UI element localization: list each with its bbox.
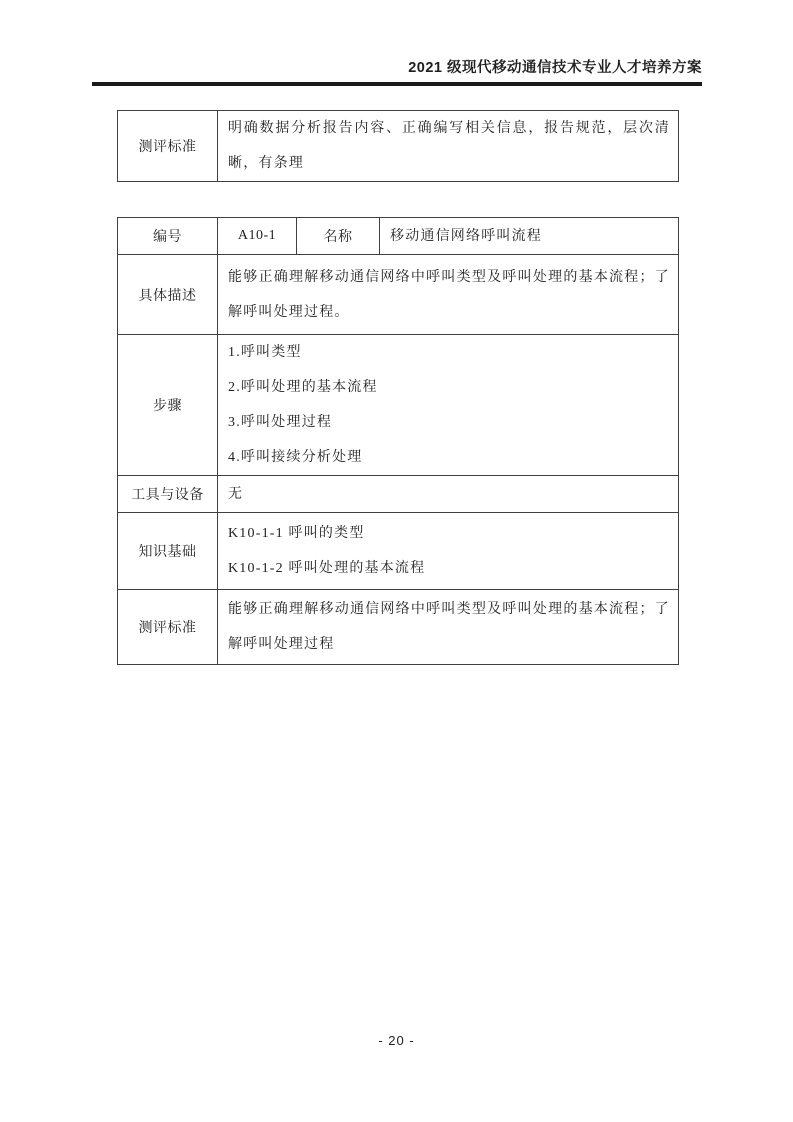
content-paragraph: 能够正确理解移动通信网络中呼叫类型及呼叫处理的基本流程；了解呼叫处理过程。 — [228, 260, 670, 330]
row-content: K10-1-1 呼叫的类型 K10-1-2 呼叫处理的基本流程 — [218, 513, 678, 589]
table-row-steps: 步骤 1.呼叫类型 2.呼叫处理的基本流程 3.呼叫处理过程 4.呼叫接续分析处… — [118, 335, 678, 476]
header-double-rule — [92, 82, 702, 86]
row-label: 测评标准 — [118, 590, 218, 664]
table-row-id: 编号 A10-1 名称 移动通信网络呼叫流程 — [118, 218, 678, 255]
id-value: A10-1 — [218, 218, 297, 254]
task-unit-table: 编号 A10-1 名称 移动通信网络呼叫流程 具体描述 能够正确理解移动通信网络… — [117, 217, 679, 665]
table-row-tools: 工具与设备 无 — [118, 476, 678, 513]
row-content: 明确数据分析报告内容、正确编写相关信息，报告规范，层次清晰，有条理 — [218, 111, 678, 181]
step-item: 2.呼叫处理的基本流程 — [228, 370, 670, 405]
row-label: 步骤 — [118, 335, 218, 475]
step-item: 4.呼叫接续分析处理 — [228, 440, 670, 475]
id-label: 编号 — [118, 218, 218, 254]
step-item: 3.呼叫处理过程 — [228, 405, 670, 440]
document-page: { "colors": { "text": "#1f1f1f", "table_… — [0, 0, 793, 1122]
page-header-title: 2021 级现代移动通信技术专业人才培养方案 — [408, 56, 702, 77]
page-number: - 20 - — [0, 1033, 793, 1048]
row-content: 能够正确理解移动通信网络中呼叫类型及呼叫处理的基本流程；了解呼叫处理过程 — [218, 590, 678, 664]
row-label: 具体描述 — [118, 255, 218, 334]
assessment-standard-table: 测评标准 明确数据分析报告内容、正确编写相关信息，报告规范，层次清晰，有条理 — [117, 110, 679, 182]
row-content: 无 — [218, 476, 678, 512]
row-content: 1.呼叫类型 2.呼叫处理的基本流程 3.呼叫处理过程 4.呼叫接续分析处理 — [218, 335, 678, 475]
name-value-cell: 移动通信网络呼叫流程 — [380, 218, 678, 254]
table-row-knowledge: 知识基础 K10-1-1 呼叫的类型 K10-1-2 呼叫处理的基本流程 — [118, 513, 678, 590]
name-value: 移动通信网络呼叫流程 — [390, 219, 670, 254]
table-row: 测评标准 明确数据分析报告内容、正确编写相关信息，报告规范，层次清晰，有条理 — [118, 111, 678, 181]
step-item: 1.呼叫类型 — [228, 335, 670, 370]
name-label: 名称 — [297, 218, 380, 254]
table-row-description: 具体描述 能够正确理解移动通信网络中呼叫类型及呼叫处理的基本流程；了解呼叫处理过… — [118, 255, 678, 335]
content-paragraph: 明确数据分析报告内容、正确编写相关信息，报告规范，层次清晰，有条理 — [228, 111, 670, 181]
row-label: 知识基础 — [118, 513, 218, 589]
content-paragraph: 无 — [228, 477, 670, 512]
content-paragraph: 能够正确理解移动通信网络中呼叫类型及呼叫处理的基本流程；了解呼叫处理过程 — [228, 592, 670, 662]
knowledge-item: K10-1-2 呼叫处理的基本流程 — [228, 551, 670, 586]
row-content: 能够正确理解移动通信网络中呼叫类型及呼叫处理的基本流程；了解呼叫处理过程。 — [218, 255, 678, 334]
row-label: 测评标准 — [118, 111, 218, 181]
table-row-assessment: 测评标准 能够正确理解移动通信网络中呼叫类型及呼叫处理的基本流程；了解呼叫处理过… — [118, 590, 678, 664]
knowledge-item: K10-1-1 呼叫的类型 — [228, 516, 670, 551]
row-label: 工具与设备 — [118, 476, 218, 512]
